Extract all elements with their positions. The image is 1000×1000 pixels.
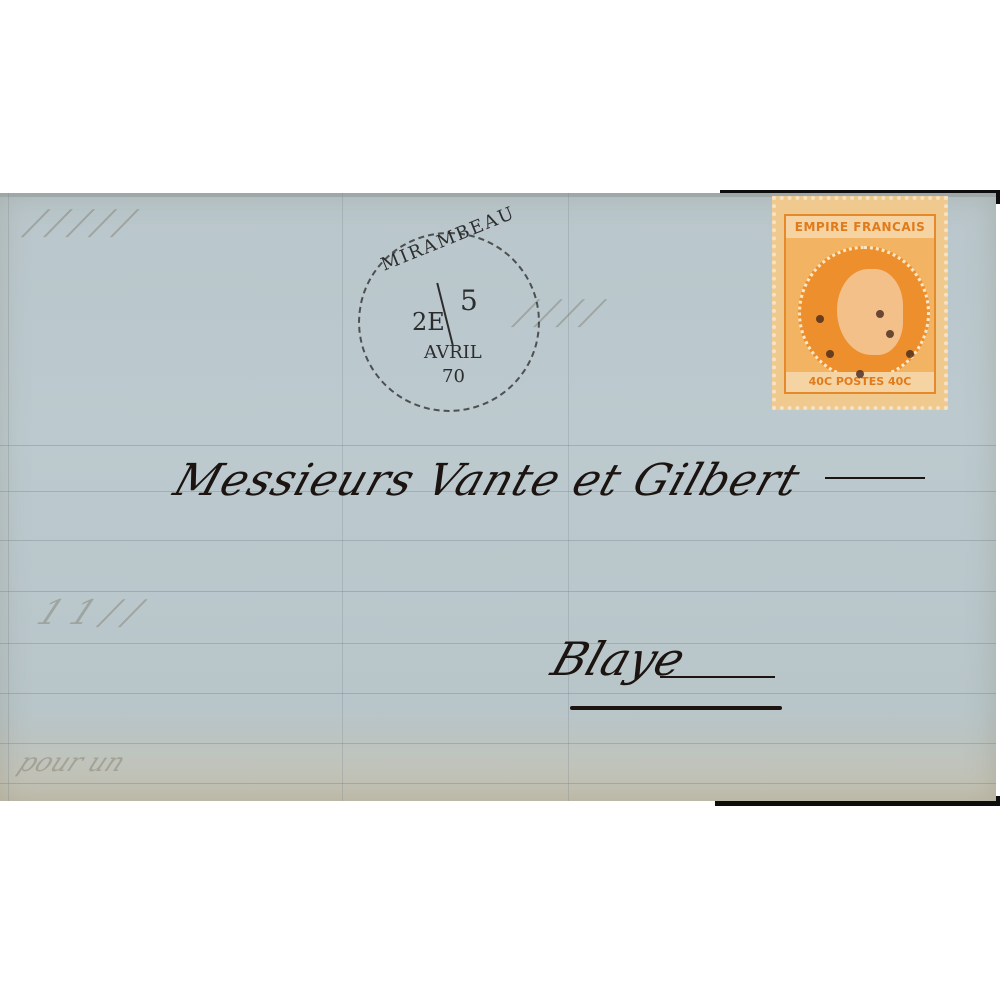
address-flourish bbox=[825, 477, 925, 479]
address-flourish bbox=[660, 676, 775, 678]
ruled-line bbox=[0, 693, 996, 694]
ruled-line bbox=[0, 743, 996, 744]
ruled-line bbox=[0, 591, 996, 592]
ruled-line bbox=[0, 783, 996, 784]
postmark-year: 70 bbox=[442, 366, 465, 387]
stamp-top-text: EMPIRE FRANCAIS bbox=[786, 216, 934, 238]
ghost-handwriting: pour un bbox=[13, 748, 130, 778]
stamp-portrait-medallion bbox=[798, 246, 930, 380]
ruled-line bbox=[0, 643, 996, 644]
postmark-day: 5 bbox=[460, 284, 478, 317]
cancel-dot bbox=[876, 310, 884, 318]
postage-stamp: EMPIRE FRANCAIS 40C POSTES 40C bbox=[772, 196, 948, 410]
postmark-month: AVRIL bbox=[424, 342, 482, 363]
address-recipient: Messieurs Vante et Gilbert bbox=[168, 455, 807, 506]
cancel-dot bbox=[906, 350, 914, 358]
cancel-dot bbox=[856, 370, 864, 378]
ghost-handwriting: / / / / / bbox=[21, 203, 140, 243]
ruled-line bbox=[0, 540, 996, 541]
portrait-icon bbox=[837, 269, 903, 355]
ruled-line bbox=[0, 445, 996, 446]
postmark-cancel: MIRAMBEAU 2E 5 AVRIL 70 bbox=[358, 232, 540, 412]
address-underline bbox=[570, 706, 782, 710]
margin-line bbox=[8, 193, 9, 801]
cancel-dot bbox=[826, 350, 834, 358]
cancel-dot bbox=[886, 330, 894, 338]
stamp-frame: EMPIRE FRANCAIS 40C POSTES 40C bbox=[784, 214, 936, 394]
cancel-dot bbox=[816, 315, 824, 323]
postmark-hour: 2E bbox=[412, 308, 445, 336]
ghost-handwriting: 1 1 / / bbox=[31, 593, 148, 633]
